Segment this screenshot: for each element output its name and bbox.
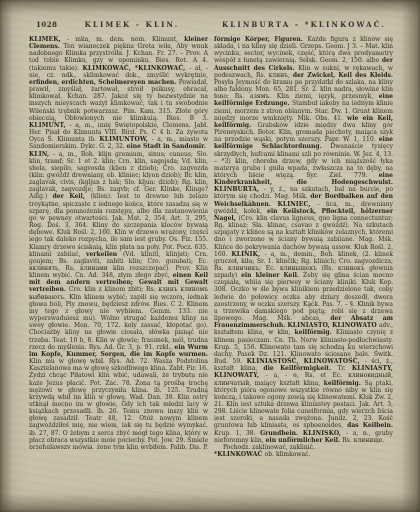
running-head-right: KLINBURTA - *KLINKOWAĆ. (216, 20, 392, 30)
text-paragraph: förmige Körper, Figuren. Każda figura z … (214, 36, 393, 444)
german-gloss: eine Stadt in Sandomir. (127, 143, 206, 150)
german-gloss: das Keilbein. (347, 422, 393, 429)
text-paragraph: *KLINKOWAĆ ob. klimkować. (214, 451, 393, 457)
text-paragraph: KLIN, - a, m., Boh. klijn gremium, sinus… (29, 151, 208, 450)
left-text-column: KLIMEK, - mka, m. dem. nom. Klimunt, kle… (29, 36, 208, 449)
text-paragraph: Pochodz. zaklinować, zaklinić. (214, 444, 393, 451)
text-run: (klien). Iest to drewno lub żelazo troyk… (29, 193, 208, 257)
german-gloss: der Keil, (53, 193, 91, 200)
entry-word: KLINBURTA, (214, 186, 264, 193)
german-gloss: der Zwickel, Keil des Kleids. (293, 72, 393, 79)
german-gloss: ein kleiner Keil. (241, 272, 303, 279)
text-run: Tr. (338, 365, 352, 372)
german-gloss: keilförmig. (324, 380, 365, 387)
running-head-left: KLIMEK - KLIN. (62, 20, 202, 30)
entry-word: *KLINKOWAĆ (214, 451, 265, 457)
text-run: Cro. klin z klinom zbiti; Rs. клинъ клин… (29, 286, 208, 350)
german-gloss: verkeilen (86, 251, 123, 258)
entry-word: KLINIASTOŚĆ, KLINOWATOŚĆ, (247, 358, 365, 365)
text-run: - mka, m. dem. nom. Klimunt, (67, 36, 184, 43)
text-run: Krup. 1, 38. (214, 430, 260, 437)
text-run: Powiadał, prawił, zmyślał, żartował, str… (29, 79, 208, 122)
german-gloss: förmige Körper, Figuren. (214, 36, 307, 43)
entry-word: KLIN, (29, 151, 53, 158)
entry-word: KLIMKOWAĆ, *KLINKOWAĆ, (83, 65, 190, 72)
entry-word: KLIMUNT, (29, 122, 70, 129)
text-run: Klin mu w głowę wbił. Rys. Ad. 72. Wasza… (29, 358, 208, 449)
german-gloss: erfinden, erdichten, Schelmereyen machen… (29, 79, 179, 86)
entry-word: KLINIEC, (278, 201, 318, 208)
entry-word: KLINIK, (231, 251, 264, 258)
text-run: Rs. клинище. (342, 437, 384, 444)
german-gloss: keilförmig. (295, 329, 336, 336)
text-run: Pochodz. zaklinować, zaklinić. (223, 444, 315, 451)
entry-word: KLIMUNTOW, (99, 136, 151, 143)
text-run: ob. klimkować. (265, 451, 311, 457)
page-number: 1028 (36, 20, 57, 29)
text-paragraph: KLIMEK, - mka, m. dem. nom. Klimunt, kle… (29, 36, 208, 151)
german-gloss: ein unförmlicher Keil. (266, 437, 343, 444)
entry-word: KLIMEK, (29, 36, 67, 43)
german-gloss: Grundbein. (260, 430, 303, 437)
entry-word: KLINIASTO, KLINOWATO (287, 322, 379, 329)
scanned-page: 1028 KLIMEK - KLIN. KLINBURTA - *KLINKOW… (0, 0, 420, 512)
text-run: Posyła Jeymość do kramu po przydatki do … (214, 79, 393, 100)
german-gloss: die Keilförmigkeit. (263, 365, 337, 372)
right-text-column: förmige Körper, Figuren. Każda figura z … (214, 36, 393, 457)
entry-word: KLINISKO, (303, 430, 346, 437)
